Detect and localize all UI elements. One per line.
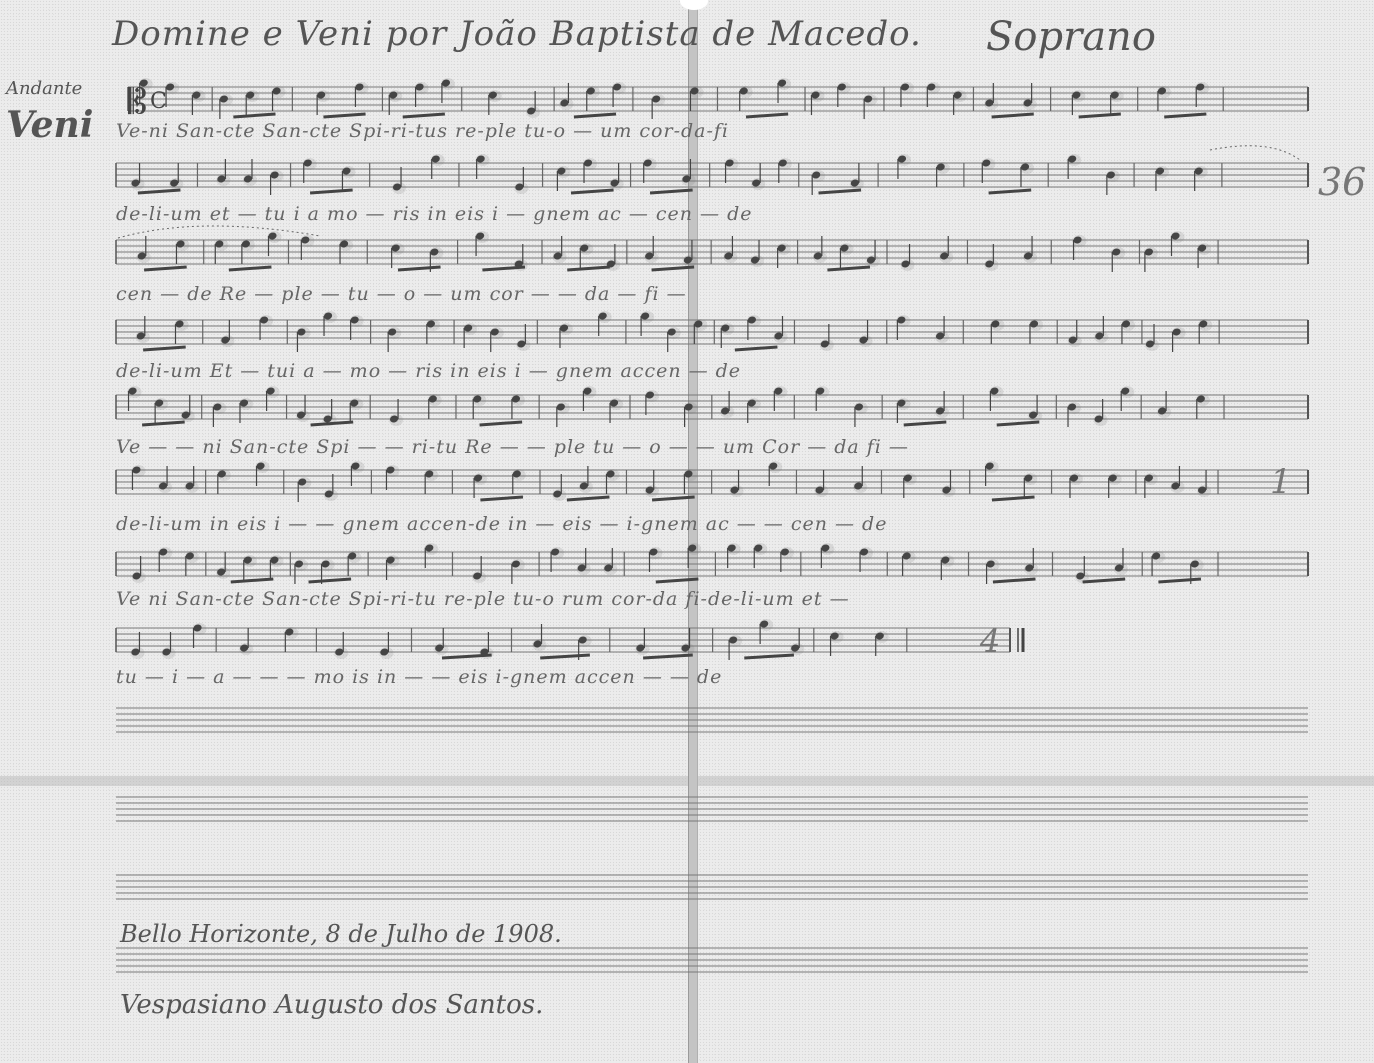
ink-bleed bbox=[347, 551, 361, 563]
ink-bleed bbox=[640, 311, 654, 323]
note-beam bbox=[574, 114, 616, 117]
ornament-slur bbox=[118, 226, 320, 238]
ink-bleed bbox=[1171, 231, 1185, 243]
ink-bleed bbox=[720, 323, 734, 335]
ink-bleed bbox=[316, 90, 330, 102]
ink-bleed bbox=[511, 559, 525, 571]
ink-bleed bbox=[239, 398, 253, 410]
ink-bleed bbox=[689, 86, 703, 98]
lyrics-line: tu — i — a — — — mo is in — — eis i-gnem… bbox=[116, 666, 722, 688]
ink-bleed bbox=[896, 315, 910, 327]
ink-bleed bbox=[1023, 473, 1037, 485]
note-beam bbox=[992, 114, 1034, 117]
ink-bleed bbox=[773, 386, 787, 398]
ink-bleed bbox=[473, 473, 487, 485]
ink-bleed bbox=[154, 398, 168, 410]
note-beam bbox=[540, 655, 590, 658]
ink-bleed bbox=[859, 547, 873, 559]
ink-bleed bbox=[556, 402, 570, 414]
ink-bleed bbox=[239, 643, 253, 655]
ink-bleed bbox=[693, 319, 707, 331]
ink-bleed bbox=[185, 551, 199, 563]
ornament-slur bbox=[1210, 146, 1300, 160]
ink-bleed bbox=[902, 551, 916, 563]
ink-bleed bbox=[131, 178, 145, 190]
ink-bleed bbox=[900, 82, 914, 94]
ink-bleed bbox=[193, 623, 207, 635]
ink-bleed bbox=[475, 231, 489, 243]
note-beam bbox=[819, 190, 862, 193]
measure-count: 1 bbox=[1270, 462, 1292, 502]
ink-bleed bbox=[984, 259, 998, 271]
ink-bleed bbox=[441, 78, 455, 90]
note-beam bbox=[480, 497, 523, 500]
ink-bleed bbox=[526, 106, 540, 118]
ink-bleed bbox=[727, 543, 741, 555]
ink-bleed bbox=[605, 469, 619, 481]
note-beam bbox=[656, 579, 699, 582]
ink-bleed bbox=[476, 154, 490, 166]
ink-bleed bbox=[1157, 86, 1171, 98]
note-beam bbox=[744, 655, 794, 658]
note-beam bbox=[310, 190, 353, 193]
ink-bleed bbox=[1196, 394, 1210, 406]
ink-bleed bbox=[768, 461, 782, 473]
ink-bleed bbox=[683, 255, 697, 267]
note-beam bbox=[229, 267, 272, 270]
ink-bleed bbox=[866, 255, 880, 267]
ink-bleed bbox=[1069, 473, 1083, 485]
ink-bleed bbox=[583, 158, 597, 170]
ink-bleed bbox=[815, 386, 829, 398]
ink-bleed bbox=[136, 331, 150, 343]
ink-bleed bbox=[896, 398, 910, 410]
ink-bleed bbox=[941, 485, 955, 497]
ink-bleed bbox=[935, 331, 949, 343]
ink-bleed bbox=[472, 394, 486, 406]
ink-bleed bbox=[434, 643, 448, 655]
ink-bleed bbox=[612, 82, 626, 94]
ink-bleed bbox=[217, 469, 231, 481]
ink-bleed bbox=[272, 86, 286, 98]
ink-bleed bbox=[648, 547, 662, 559]
ink-bleed bbox=[158, 481, 172, 493]
ink-bleed bbox=[161, 647, 175, 659]
ink-bleed bbox=[687, 543, 701, 555]
ink-bleed bbox=[1067, 154, 1081, 166]
ink-bleed bbox=[334, 647, 348, 659]
lyrics-line: de-li-um in eis i — — gnem accen-de in —… bbox=[116, 513, 887, 535]
voice-part-label: Soprano bbox=[986, 14, 1156, 60]
measure-count: 4 bbox=[980, 622, 1000, 660]
ink-bleed bbox=[267, 231, 281, 243]
note-beam bbox=[567, 497, 610, 500]
lyrics-line: Ve — — ni San-cte Spi — — ri-tu Re — — p… bbox=[116, 436, 909, 458]
note-beam bbox=[746, 114, 788, 117]
ink-bleed bbox=[216, 174, 230, 186]
note-beam bbox=[735, 347, 778, 350]
ink-bleed bbox=[901, 259, 915, 271]
ink-bleed bbox=[1172, 327, 1186, 339]
note-beam bbox=[323, 114, 365, 117]
ink-bleed bbox=[463, 323, 477, 335]
ink-bleed bbox=[431, 154, 445, 166]
lyrics-line: Ve ni San-cte San-cte Spi-ri-tu re-ple t… bbox=[116, 588, 850, 610]
ink-bleed bbox=[747, 398, 761, 410]
ink-bleed bbox=[598, 311, 612, 323]
ink-bleed bbox=[635, 643, 649, 655]
ink-bleed bbox=[488, 90, 502, 102]
ink-bleed bbox=[728, 635, 742, 647]
ink-bleed bbox=[603, 563, 617, 575]
ink-bleed bbox=[533, 639, 547, 651]
note-beam bbox=[403, 114, 445, 117]
ink-bleed bbox=[1028, 410, 1042, 422]
ink-bleed bbox=[777, 78, 791, 90]
ink-bleed bbox=[324, 489, 338, 501]
ink-bleed bbox=[903, 473, 917, 485]
ink-bleed bbox=[191, 90, 205, 102]
ink-bleed bbox=[243, 555, 257, 567]
note-beam bbox=[480, 422, 523, 425]
ink-bleed bbox=[214, 239, 228, 251]
ink-bleed bbox=[645, 485, 659, 497]
ink-bleed bbox=[270, 170, 284, 182]
note-beam bbox=[571, 190, 614, 193]
ink-bleed bbox=[683, 469, 697, 481]
ink-bleed bbox=[137, 251, 151, 263]
ink-bleed bbox=[859, 335, 873, 347]
ink-bleed bbox=[379, 647, 393, 659]
ink-bleed bbox=[296, 410, 310, 422]
ink-bleed bbox=[863, 94, 877, 106]
ink-bleed bbox=[820, 543, 834, 555]
ink-bleed bbox=[552, 489, 566, 501]
ink-bleed bbox=[1190, 559, 1204, 571]
ink-bleed bbox=[511, 394, 525, 406]
ink-bleed bbox=[241, 239, 255, 251]
ink-bleed bbox=[386, 555, 400, 567]
note-beam bbox=[142, 422, 185, 425]
ink-bleed bbox=[185, 481, 199, 493]
ink-bleed bbox=[579, 481, 593, 493]
ink-bleed bbox=[850, 178, 864, 190]
note-beam bbox=[231, 579, 274, 582]
ink-bleed bbox=[780, 547, 794, 559]
ink-bleed bbox=[989, 386, 1003, 398]
ink-bleed bbox=[981, 158, 995, 170]
ink-bleed bbox=[811, 170, 825, 182]
ink-bleed bbox=[165, 82, 179, 94]
ink-bleed bbox=[578, 635, 592, 647]
ink-bleed bbox=[897, 154, 911, 166]
lyrics-line: Ve-ni San-cte San-cte Spi-ri-tus re-ple … bbox=[116, 120, 729, 142]
note-beam bbox=[989, 190, 1032, 193]
ink-bleed bbox=[297, 477, 311, 489]
lyrics-line: de-li-um et — tu i a mo — ris in eis i —… bbox=[116, 203, 753, 225]
date-line: Bello Horizonte, 8 de Julho de 1908. bbox=[120, 920, 562, 948]
ink-bleed bbox=[1120, 386, 1134, 398]
ink-bleed bbox=[720, 406, 734, 418]
note-beam bbox=[1083, 579, 1126, 582]
note-beam bbox=[643, 655, 693, 658]
ink-bleed bbox=[577, 563, 591, 575]
ink-bleed bbox=[1023, 98, 1037, 110]
ink-bleed bbox=[512, 469, 526, 481]
ink-bleed bbox=[269, 555, 283, 567]
ink-bleed bbox=[1194, 166, 1208, 178]
ink-bleed bbox=[169, 178, 183, 190]
ink-bleed bbox=[387, 327, 401, 339]
note-beam bbox=[993, 579, 1036, 582]
ink-bleed bbox=[837, 82, 851, 94]
ink-bleed bbox=[350, 315, 364, 327]
ink-bleed bbox=[990, 319, 1004, 331]
ink-bleed bbox=[391, 243, 405, 255]
ink-bleed bbox=[1155, 166, 1169, 178]
measure-count: 36 bbox=[1318, 160, 1366, 204]
ink-bleed bbox=[750, 255, 764, 267]
ink-bleed bbox=[158, 547, 172, 559]
ink-bleed bbox=[684, 402, 698, 414]
ink-bleed bbox=[321, 559, 335, 571]
ink-bleed bbox=[294, 559, 308, 571]
ink-bleed bbox=[1110, 90, 1124, 102]
ink-bleed bbox=[354, 82, 368, 94]
note-beam bbox=[233, 114, 275, 117]
ink-bleed bbox=[939, 251, 953, 263]
ink-bleed bbox=[984, 98, 998, 110]
ink-bleed bbox=[747, 315, 761, 327]
ink-bleed bbox=[1020, 162, 1034, 174]
ink-bleed bbox=[479, 647, 493, 659]
ink-bleed bbox=[606, 259, 620, 271]
c-clef-icon: 𝄡 bbox=[128, 82, 147, 122]
ink-bleed bbox=[643, 158, 657, 170]
ink-bleed bbox=[174, 319, 188, 331]
piece-title: Domine e Veni por João Baptista de Maced… bbox=[112, 14, 922, 54]
note-beam bbox=[138, 190, 181, 193]
note-beam bbox=[997, 422, 1040, 425]
ink-bleed bbox=[1094, 414, 1108, 426]
ink-bleed bbox=[644, 251, 658, 263]
ink-bleed bbox=[130, 647, 144, 659]
ink-bleed bbox=[986, 559, 1000, 571]
ink-bleed bbox=[256, 461, 270, 473]
ink-bleed bbox=[243, 174, 257, 186]
ink-bleed bbox=[773, 331, 787, 343]
note-beam bbox=[992, 497, 1035, 500]
ink-bleed bbox=[219, 94, 233, 106]
ink-bleed bbox=[415, 82, 429, 94]
ink-bleed bbox=[739, 86, 753, 98]
ink-bleed bbox=[839, 243, 853, 255]
ink-bleed bbox=[875, 631, 889, 643]
ink-bleed bbox=[1197, 485, 1211, 497]
note-beam bbox=[567, 267, 610, 270]
ink-bleed bbox=[854, 402, 868, 414]
ink-bleed bbox=[514, 182, 528, 194]
ink-bleed bbox=[953, 90, 967, 102]
ink-bleed bbox=[936, 162, 950, 174]
ink-bleed bbox=[128, 386, 142, 398]
ink-bleed bbox=[1198, 319, 1212, 331]
ink-bleed bbox=[1144, 473, 1158, 485]
ink-bleed bbox=[559, 98, 573, 110]
ink-bleed bbox=[651, 94, 665, 106]
ink-bleed bbox=[790, 643, 804, 655]
ink-bleed bbox=[300, 235, 314, 247]
ink-bleed bbox=[303, 158, 317, 170]
ink-bleed bbox=[579, 243, 593, 255]
note-beam bbox=[398, 267, 441, 270]
ink-bleed bbox=[940, 555, 954, 567]
ink-bleed bbox=[586, 86, 600, 98]
note-beam bbox=[652, 267, 695, 270]
ink-bleed bbox=[1111, 247, 1125, 259]
ink-bleed bbox=[1108, 473, 1122, 485]
ink-bleed bbox=[1071, 90, 1085, 102]
ink-bleed bbox=[1170, 481, 1184, 493]
ink-bleed bbox=[1024, 563, 1038, 575]
ink-bleed bbox=[985, 461, 999, 473]
ink-bleed bbox=[725, 158, 739, 170]
ink-bleed bbox=[1094, 331, 1108, 343]
ink-bleed bbox=[1106, 170, 1120, 182]
ink-bleed bbox=[1151, 551, 1165, 563]
ink-bleed bbox=[1029, 319, 1043, 331]
ink-bleed bbox=[385, 465, 399, 477]
ink-bleed bbox=[514, 259, 528, 271]
ink-bleed bbox=[813, 251, 827, 263]
ink-bleed bbox=[429, 247, 443, 259]
ink-bleed bbox=[830, 631, 844, 643]
ink-bleed bbox=[341, 166, 355, 178]
ink-bleed bbox=[1157, 406, 1171, 418]
ink-bleed bbox=[1073, 235, 1087, 247]
ink-bleed bbox=[216, 567, 230, 579]
note-beam bbox=[311, 422, 354, 425]
ink-bleed bbox=[609, 398, 623, 410]
ink-bleed bbox=[1144, 247, 1158, 259]
ink-bleed bbox=[778, 158, 792, 170]
lyrics-line: cen — de Re — ple — tu — o — um cor — — … bbox=[116, 283, 687, 305]
ink-bleed bbox=[388, 90, 402, 102]
ink-bleed bbox=[426, 319, 440, 331]
ink-bleed bbox=[556, 166, 570, 178]
note-beam bbox=[309, 579, 352, 582]
ink-bleed bbox=[645, 390, 659, 402]
ink-bleed bbox=[1068, 335, 1082, 347]
ink-bleed bbox=[296, 327, 310, 339]
copyist-signature: Vespasiano Augusto dos Santos. bbox=[120, 990, 543, 1020]
note-beam bbox=[827, 267, 870, 270]
ink-bleed bbox=[424, 469, 438, 481]
note-beam bbox=[1158, 579, 1201, 582]
note-beam bbox=[1164, 114, 1206, 117]
ink-bleed bbox=[181, 410, 195, 422]
ink-bleed bbox=[777, 243, 791, 255]
note-beam bbox=[1079, 114, 1121, 117]
ink-bleed bbox=[339, 239, 353, 251]
time-signature: C bbox=[150, 89, 167, 114]
ink-bleed bbox=[490, 327, 504, 339]
ink-bleed bbox=[131, 465, 145, 477]
ink-bleed bbox=[1121, 319, 1135, 331]
ink-bleed bbox=[389, 414, 403, 426]
ink-bleed bbox=[853, 481, 867, 493]
ink-bleed bbox=[259, 315, 273, 327]
ink-bleed bbox=[810, 90, 824, 102]
ink-bleed bbox=[926, 82, 940, 94]
ink-bleed bbox=[424, 543, 438, 555]
ink-bleed bbox=[815, 485, 829, 497]
ink-bleed bbox=[220, 335, 234, 347]
ink-bleed bbox=[667, 327, 681, 339]
ink-bleed bbox=[1114, 563, 1128, 575]
note-beam bbox=[904, 422, 947, 425]
ink-bleed bbox=[1067, 402, 1081, 414]
ink-bleed bbox=[935, 406, 949, 418]
ink-bleed bbox=[820, 339, 834, 351]
ink-bleed bbox=[1197, 243, 1211, 255]
ink-bleed bbox=[392, 182, 406, 194]
ink-bleed bbox=[553, 251, 567, 263]
ink-bleed bbox=[212, 402, 226, 414]
ink-bleed bbox=[175, 239, 189, 251]
ink-bleed bbox=[472, 571, 486, 583]
note-beam bbox=[143, 347, 186, 350]
note-beam bbox=[144, 267, 187, 270]
ink-bleed bbox=[582, 386, 596, 398]
ink-bleed bbox=[323, 311, 337, 323]
ink-bleed bbox=[559, 323, 573, 335]
ink-bleed bbox=[681, 174, 695, 186]
ink-bleed bbox=[550, 547, 564, 559]
ink-bleed bbox=[428, 394, 442, 406]
incipit-label: Veni bbox=[6, 104, 93, 146]
ink-bleed bbox=[610, 178, 624, 190]
ink-bleed bbox=[759, 619, 773, 631]
ink-bleed bbox=[681, 643, 695, 655]
ink-bleed bbox=[1195, 82, 1209, 94]
ink-bleed bbox=[1023, 251, 1037, 263]
note-beam bbox=[650, 190, 693, 193]
ink-bleed bbox=[723, 251, 737, 263]
ink-bleed bbox=[1145, 339, 1159, 351]
ink-bleed bbox=[266, 386, 280, 398]
lyrics-line: de-li-um Et — tui a — mo — ris in eis i … bbox=[116, 360, 741, 382]
ink-bleed bbox=[132, 571, 146, 583]
ink-bleed bbox=[284, 627, 298, 639]
ink-bleed bbox=[245, 90, 259, 102]
ink-bleed bbox=[730, 485, 744, 497]
note-beam bbox=[652, 497, 695, 500]
tempo-marking: Andante bbox=[6, 78, 82, 99]
ink-bleed bbox=[350, 461, 364, 473]
ink-bleed bbox=[753, 543, 767, 555]
ink-bleed bbox=[516, 339, 530, 351]
ink-bleed bbox=[751, 178, 765, 190]
ink-bleed bbox=[349, 398, 363, 410]
